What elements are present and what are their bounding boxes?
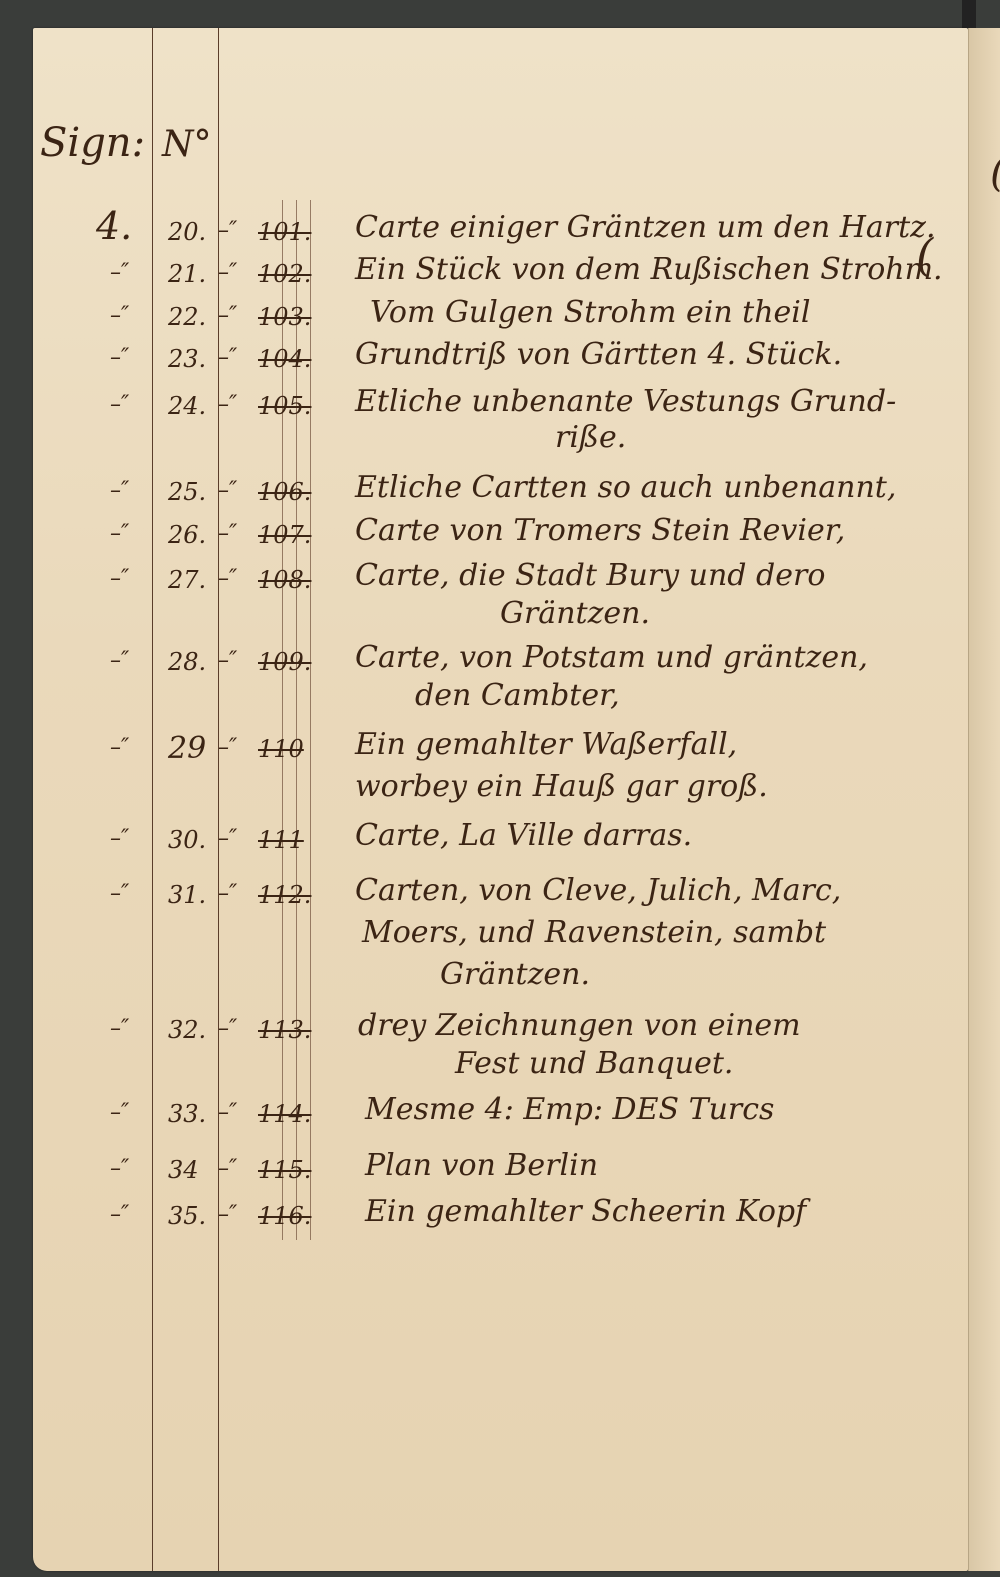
entry-description: Carte, von Potstam und gräntzen, xyxy=(355,640,868,675)
ditto-mark: –″ xyxy=(218,218,237,243)
entry-old-number: 106. xyxy=(258,478,311,506)
entry-old-number: 101. xyxy=(258,218,311,246)
entry-description: Ein gemahlter Waßerfall, xyxy=(355,727,737,762)
entry-old-number: 108. xyxy=(258,566,311,594)
entry-description: Plan von Berlin xyxy=(365,1148,598,1183)
entry-description-continued: Moers, und Ravenstein, sambt xyxy=(362,915,826,950)
margin-mark: ( xyxy=(990,150,1000,196)
entry-signature: –″ xyxy=(110,735,129,760)
entry-signature: –″ xyxy=(110,478,129,503)
entry-number: 35. xyxy=(168,1202,206,1230)
ditto-mark: –″ xyxy=(218,826,237,851)
header-signature: Sign: xyxy=(40,120,145,166)
entry-number: 30. xyxy=(168,826,206,854)
entry-old-number: 105. xyxy=(258,392,311,420)
entry-number: 27. xyxy=(168,566,206,594)
entry-signature: 4. xyxy=(96,204,132,248)
entry-old-number: 114. xyxy=(258,1100,311,1128)
entry-number: 20. xyxy=(168,218,206,246)
entry-description: Carte von Tromers Stein Revier, xyxy=(355,513,845,548)
entry-old-number: 110 xyxy=(258,735,304,763)
entry-old-number: 115. xyxy=(258,1156,311,1184)
entry-number: 26. xyxy=(168,521,206,549)
entry-number: 33. xyxy=(168,1100,206,1128)
ditto-mark: –″ xyxy=(218,881,237,906)
entry-description-continued: Gräntzen. xyxy=(500,596,650,631)
entry-description-continued: riße. xyxy=(555,420,626,455)
entry-old-number: 104. xyxy=(258,345,311,373)
entry-signature: –″ xyxy=(110,881,129,906)
ditto-mark: –″ xyxy=(218,735,237,760)
ditto-mark: –″ xyxy=(218,1100,237,1125)
entry-description: Carte, La Ville darras. xyxy=(355,818,692,853)
entry-number: 21. xyxy=(168,260,206,288)
entry-old-number: 109. xyxy=(258,648,311,676)
entry-number: 23. xyxy=(168,345,206,373)
entry-old-number: 113. xyxy=(258,1016,311,1044)
facing-page-edge xyxy=(968,28,1000,1571)
entry-description: Grundtriß von Gärtten 4. Stück. xyxy=(355,337,842,372)
entry-number: 31. xyxy=(168,881,206,909)
entry-number: 29 xyxy=(168,731,206,766)
ditto-mark: –″ xyxy=(218,1016,237,1041)
entry-old-number: 103. xyxy=(258,303,311,331)
ditto-mark: –″ xyxy=(218,1202,237,1227)
entry-signature: –″ xyxy=(110,1100,129,1125)
entry-number: 34 xyxy=(168,1156,199,1184)
entry-number: 22. xyxy=(168,303,206,331)
entry-description-continued: den Cambter, xyxy=(415,678,620,713)
entry-number: 24. xyxy=(168,392,206,420)
ditto-mark: –″ xyxy=(218,392,237,417)
entry-description: Carte einiger Gräntzen um den Hartz. xyxy=(355,210,936,245)
ditto-mark: –″ xyxy=(218,521,237,546)
entry-signature: –″ xyxy=(110,303,129,328)
entry-signature: –″ xyxy=(110,260,129,285)
entry-signature: –″ xyxy=(110,1156,129,1181)
entry-signature: –″ xyxy=(110,826,129,851)
entry-description-continued: Gräntzen. xyxy=(440,957,590,992)
ditto-mark: –″ xyxy=(218,345,237,370)
book-spine xyxy=(962,0,976,28)
entry-description: Etliche Cartten so auch unbenannt, xyxy=(355,470,896,505)
entry-signature: –″ xyxy=(110,566,129,591)
header-number: N° xyxy=(162,124,212,165)
entry-description: Vom Gulgen Strohm ein theil xyxy=(370,295,811,330)
entry-old-number: 116. xyxy=(258,1202,311,1230)
entry-description: drey Zeichnungen von einem xyxy=(358,1008,801,1043)
column-rule-signature xyxy=(152,28,153,1571)
entry-description: Carten, von Cleve, Julich, Marc, xyxy=(355,873,841,908)
ditto-mark: –″ xyxy=(218,648,237,673)
entry-number: 25. xyxy=(168,478,206,506)
entry-description: Carte, die Stadt Bury und dero xyxy=(355,558,825,593)
entry-description-continued: Fest und Banquet. xyxy=(455,1046,733,1081)
entry-description: Ein gemahlter Scheerin Kopf xyxy=(365,1194,806,1229)
entry-signature: –″ xyxy=(110,345,129,370)
ditto-mark: –″ xyxy=(218,303,237,328)
entry-signature: –″ xyxy=(110,648,129,673)
entry-old-number: 102. xyxy=(258,260,311,288)
entry-description-continued: worbey ein Hauß gar groß. xyxy=(355,769,768,804)
entry-signature: –″ xyxy=(110,1202,129,1227)
entry-number: 28. xyxy=(168,648,206,676)
entry-description: Ein Stück von dem Rußischen Strohm. xyxy=(355,252,943,287)
entry-signature: –″ xyxy=(110,521,129,546)
ditto-mark: –″ xyxy=(218,1156,237,1181)
ditto-mark: –″ xyxy=(218,260,237,285)
entry-old-number: 111 xyxy=(258,826,304,854)
entry-signature: –″ xyxy=(110,1016,129,1041)
entry-number: 32. xyxy=(168,1016,206,1044)
ditto-mark: –″ xyxy=(218,478,237,503)
ditto-mark: –″ xyxy=(218,566,237,591)
entry-signature: –″ xyxy=(110,392,129,417)
entry-description: Etliche unbenante Vestungs Grund- xyxy=(355,384,896,419)
entry-old-number: 107. xyxy=(258,521,311,549)
entry-old-number: 112. xyxy=(258,881,311,909)
entry-description: Mesme 4: Emp: DES Turcs xyxy=(365,1092,774,1127)
